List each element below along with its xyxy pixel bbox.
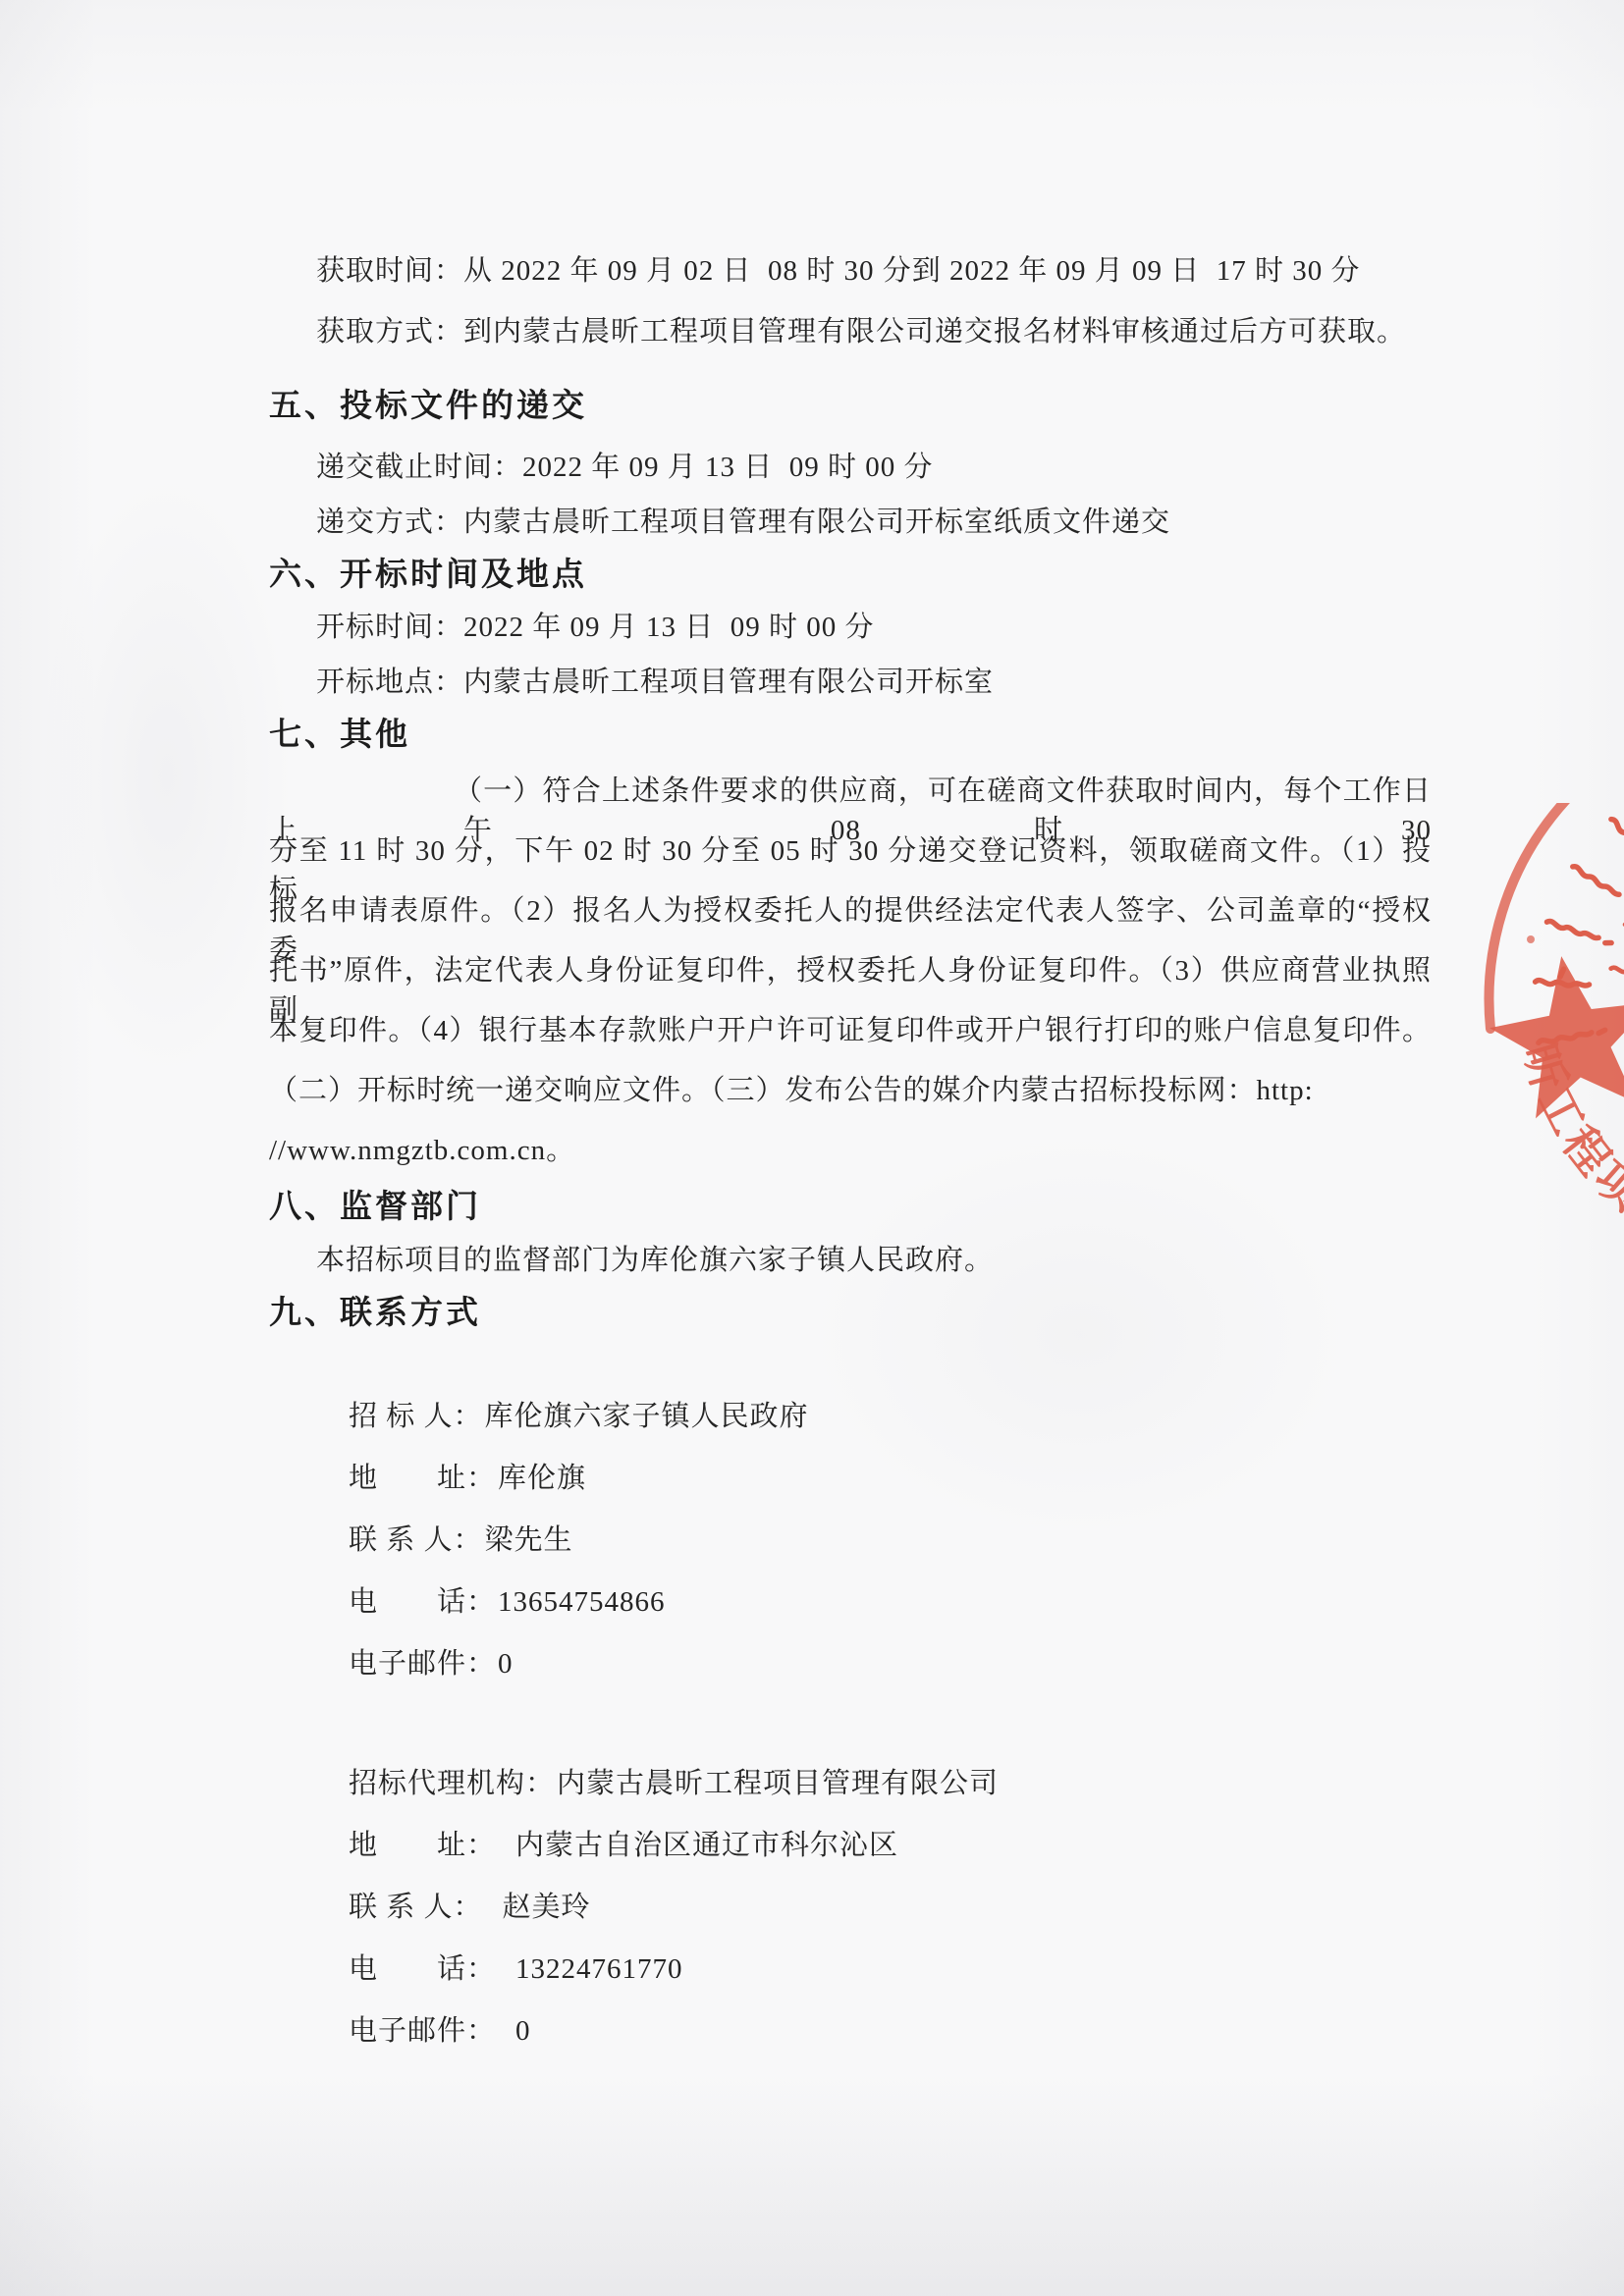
bid-opening-time-line: 开标时间：2022 年 09 月 13 日 09 时 00 分 [316, 608, 875, 647]
agency-email-row: 电子邮件：0 [316, 1972, 531, 2090]
tenderer-email-label: 电子邮件： [349, 1648, 496, 1680]
seal-rim-arc [1489, 803, 1624, 1029]
supervision-line: 本招标项目的监督部门为库伦旗六家子镇人民政府。 [316, 1241, 994, 1280]
scan-artifact [0, 2081, 1624, 2296]
document-page: 获取时间：从 2022 年 09 月 02 日 08 时 30 分到 2022 … [0, 0, 1624, 2296]
obtain-method-line: 获取方式：到内蒙古晨昕工程项目管理有限公司递交报名材料审核通过后方可获取。 [316, 312, 1406, 351]
obtain-time-line: 获取时间：从 2022 年 09 月 02 日 08 时 30 分到 2022 … [316, 251, 1361, 291]
bid-opening-place-line: 开标地点：内蒙古晨昕工程项目管理有限公司开标室 [316, 663, 994, 702]
section7-heading: 七、其他 [269, 714, 410, 755]
section8-heading: 八、监督部门 [269, 1186, 481, 1227]
agency-email-label: 电子邮件： [349, 2015, 496, 2047]
other-paragraph-line: （二）开标时统一递交响应文件。（三）发布公告的媒介内蒙古招标投标网：http: [269, 1071, 1432, 1110]
submission-deadline-line: 递交截止时间：2022 年 09 月 13 日 09 时 00 分 [316, 448, 934, 487]
tenderer-email-row: 电子邮件：0 [316, 1605, 514, 1723]
announcement-url-line: //www.nmgztb.com.cn。 [269, 1131, 1432, 1170]
submission-method-line: 递交方式：内蒙古晨昕工程项目管理有限公司开标室纸质文件递交 [316, 503, 1170, 542]
section6-heading: 六、开标时间及地点 [269, 554, 587, 595]
star-icon [1477, 947, 1624, 1134]
scan-artifact [39, 471, 295, 1080]
agency-email-value: 0 [496, 2015, 531, 2047]
other-paragraph-line: 本复印件。（4）银行基本存款账户开户许可证复印件或开户银行打印的账户信息复印件。 [269, 1011, 1432, 1050]
section9-heading: 九、联系方式 [269, 1292, 481, 1333]
tenderer-email-value: 0 [496, 1648, 514, 1680]
mongolian-script [1535, 818, 1624, 1043]
ink-dot [1527, 935, 1535, 943]
scan-artifact [805, 1129, 1355, 1541]
section5-heading: 五、投标文件的递交 [269, 385, 587, 426]
tenderer-phone-value: 13654754866 [496, 1586, 666, 1618]
